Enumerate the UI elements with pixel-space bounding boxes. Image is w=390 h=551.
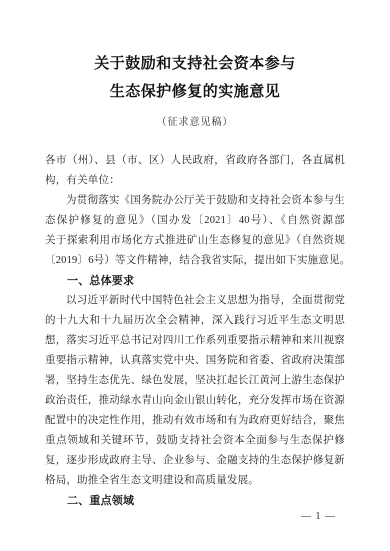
section-heading: 一、总体要求 (45, 271, 345, 291)
body-line: 复，逐步形成政府主导、企业参与、金融支持的生态保护修复新 (45, 451, 345, 471)
document-title-line-2: 生态保护修复的实施意见 (0, 78, 390, 106)
body-line: 构，有关单位： (45, 171, 345, 191)
body-line: 政治责任，推动绿水青山向金山银山转化，充分发挥市场在资源 (45, 391, 345, 411)
body-line: 态保护修复的意见》（国办发〔2021〕40号）、《自然资源部 (45, 211, 345, 231)
document-subtitle: （征求意见稿） (0, 113, 390, 128)
body-line: 〔2019〕6号）等文件精神，结合我省实际，提出如下实施意见。 (45, 251, 345, 271)
body-line: 格局，助推全省生态文明建设和高质量发展。 (45, 471, 345, 491)
body-line: 署，坚持生态优先、绿色发展，坚决扛起长江黄河上游生态保护 (45, 371, 345, 391)
body-line: 想，落实习近平总书记对四川工作系列重要指示精神和来川视察 (45, 331, 345, 351)
document-title: 关于鼓励和支持社会资本参与 生态保护修复的实施意见 (0, 0, 390, 106)
body-line: 关于探索利用市场化方式推进矿山生态修复的意见》（自然资规 (45, 231, 345, 251)
body-line: 重点领域和关键环节，鼓励支持社会资本全面参与生态保护修 (45, 431, 345, 451)
body-line: 为贯彻落实《国务院办公厅关于鼓励和支持社会资本参与生 (45, 191, 345, 211)
body-line: 重要指示精神，认真落实党中央、国务院和省委、省政府决策部 (45, 351, 345, 371)
body-line: 的十九大和十九届历次全会精神，深入践行习近平生态文明思 (45, 311, 345, 331)
body-line: 各市（州）、县（市、区）人民政府，省政府各部门，各直属机 (45, 151, 345, 171)
body-line: 以习近平新时代中国特色社会主义思想为指导，全面贯彻党 (45, 291, 345, 311)
section-heading: 二、重点领域 (45, 491, 345, 511)
document-title-line-1: 关于鼓励和支持社会资本参与 (0, 50, 390, 78)
document-page: 关于鼓励和支持社会资本参与 生态保护修复的实施意见 （征求意见稿） 各市（州）、… (0, 0, 390, 551)
document-body: 各市（州）、县（市、区）人民政府，省政府各部门，各直属机构，有关单位：为贯彻落实… (45, 151, 345, 511)
page-number: — 1 — (301, 511, 336, 522)
body-line: 配置中的决定性作用，推动有效市场和有为政府更好结合，聚焦 (45, 411, 345, 431)
